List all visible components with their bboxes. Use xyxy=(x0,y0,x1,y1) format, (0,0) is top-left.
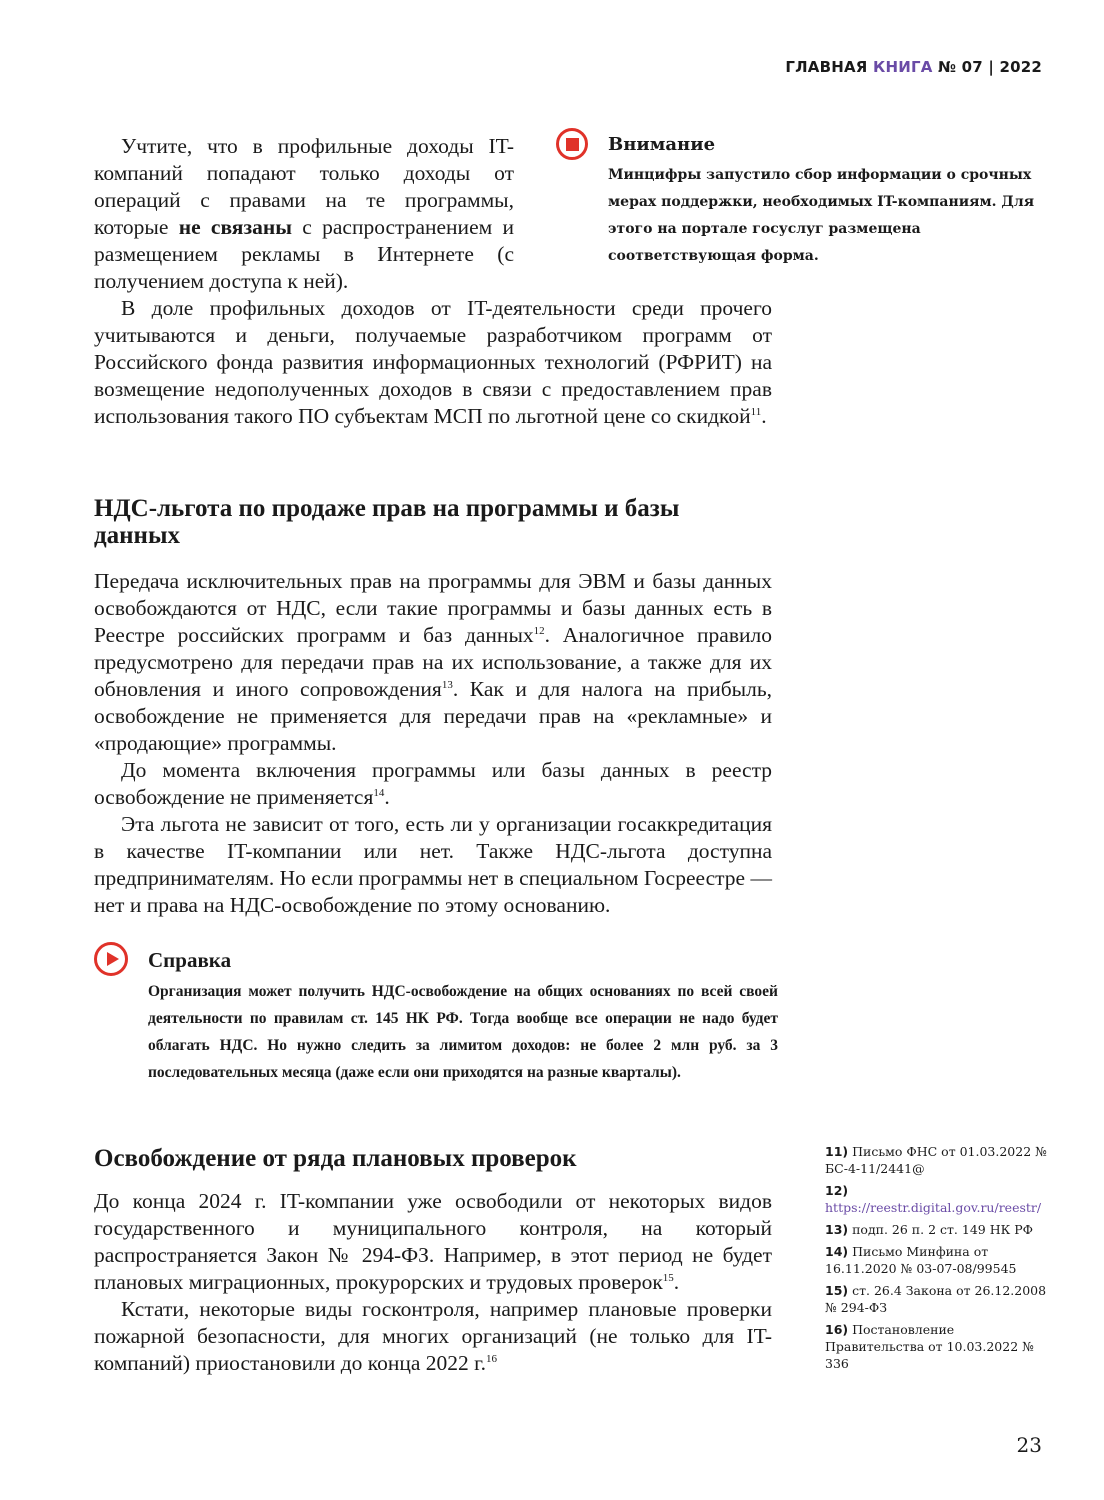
section-heading-vat: НДС-льгота по продаже прав на программы … xyxy=(94,495,694,549)
intro-continued: В доле профильных доходов от IT-деятельн… xyxy=(94,295,772,430)
emphasis: не связаны xyxy=(179,215,292,239)
footnotes: 11) Письмо ФНС от 01.03.2022 № БС-4-11/2… xyxy=(825,1143,1055,1377)
footnote-11: 11) Письмо ФНС от 01.03.2022 № БС-4-11/2… xyxy=(825,1143,1055,1177)
brand-name-accent: КНИГА xyxy=(873,58,933,76)
issue-number: № 07 | 2022 xyxy=(938,58,1042,76)
play-icon xyxy=(94,942,128,976)
section-heading-checks: Освобождение от ряда плановых проверок xyxy=(94,1145,774,1172)
attention-text: Минцифры запустило сбор информации о сро… xyxy=(608,162,1038,270)
intro-column: Учтите, что в профильные доходы IT-компа… xyxy=(94,133,514,295)
footnote-15: 15) ст. 26.4 Закона от 26.12.2008 № 294-… xyxy=(825,1282,1055,1316)
footnote-12: 12) https://reestr.digital.gov.ru/reestr… xyxy=(825,1182,1055,1216)
checks-paragraph-2: Кстати, некоторые виды госконтроля, напр… xyxy=(94,1296,772,1377)
vat-paragraph-1: Передача исключительных прав на программ… xyxy=(94,568,772,757)
footnote-16: 16) Постановление Правительства от 10.03… xyxy=(825,1321,1055,1372)
registry-link[interactable]: https://reestr.digital.gov.ru/reestr/ xyxy=(825,1200,1041,1215)
magazine-header: ГЛАВНАЯ КНИГА № 07 | 2022 xyxy=(785,58,1042,76)
attention-title: Внимание xyxy=(608,134,715,155)
brand-name: ГЛАВНАЯ xyxy=(785,58,867,76)
checks-paragraph-1: До конца 2024 г. IT-компании уже освобод… xyxy=(94,1188,772,1296)
note-title: Справка xyxy=(148,948,231,973)
vat-paragraph-3: Эта льгота не зависит от того, есть ли у… xyxy=(94,811,772,919)
footnote-ref: 11 xyxy=(751,406,762,418)
section-checks-body: До конца 2024 г. IT-компании уже освобод… xyxy=(94,1188,772,1377)
page-number: 23 xyxy=(1017,1433,1042,1457)
intro-paragraph-2: В доле профильных доходов от IT-деятельн… xyxy=(94,295,772,430)
note-text: Организация может получить НДС-освобожде… xyxy=(148,978,778,1086)
footnote-13: 13) подп. 26 п. 2 ст. 149 НК РФ xyxy=(825,1221,1055,1238)
vat-paragraph-2: До момента включения программы или базы … xyxy=(94,757,772,811)
intro-paragraph-1: Учтите, что в профильные доходы IT-компа… xyxy=(94,133,514,295)
stop-icon xyxy=(556,128,588,160)
section-vat-body: Передача исключительных прав на программ… xyxy=(94,568,772,919)
footnote-14: 14) Письмо Минфина от 16.11.2020 № 03-07… xyxy=(825,1243,1055,1277)
